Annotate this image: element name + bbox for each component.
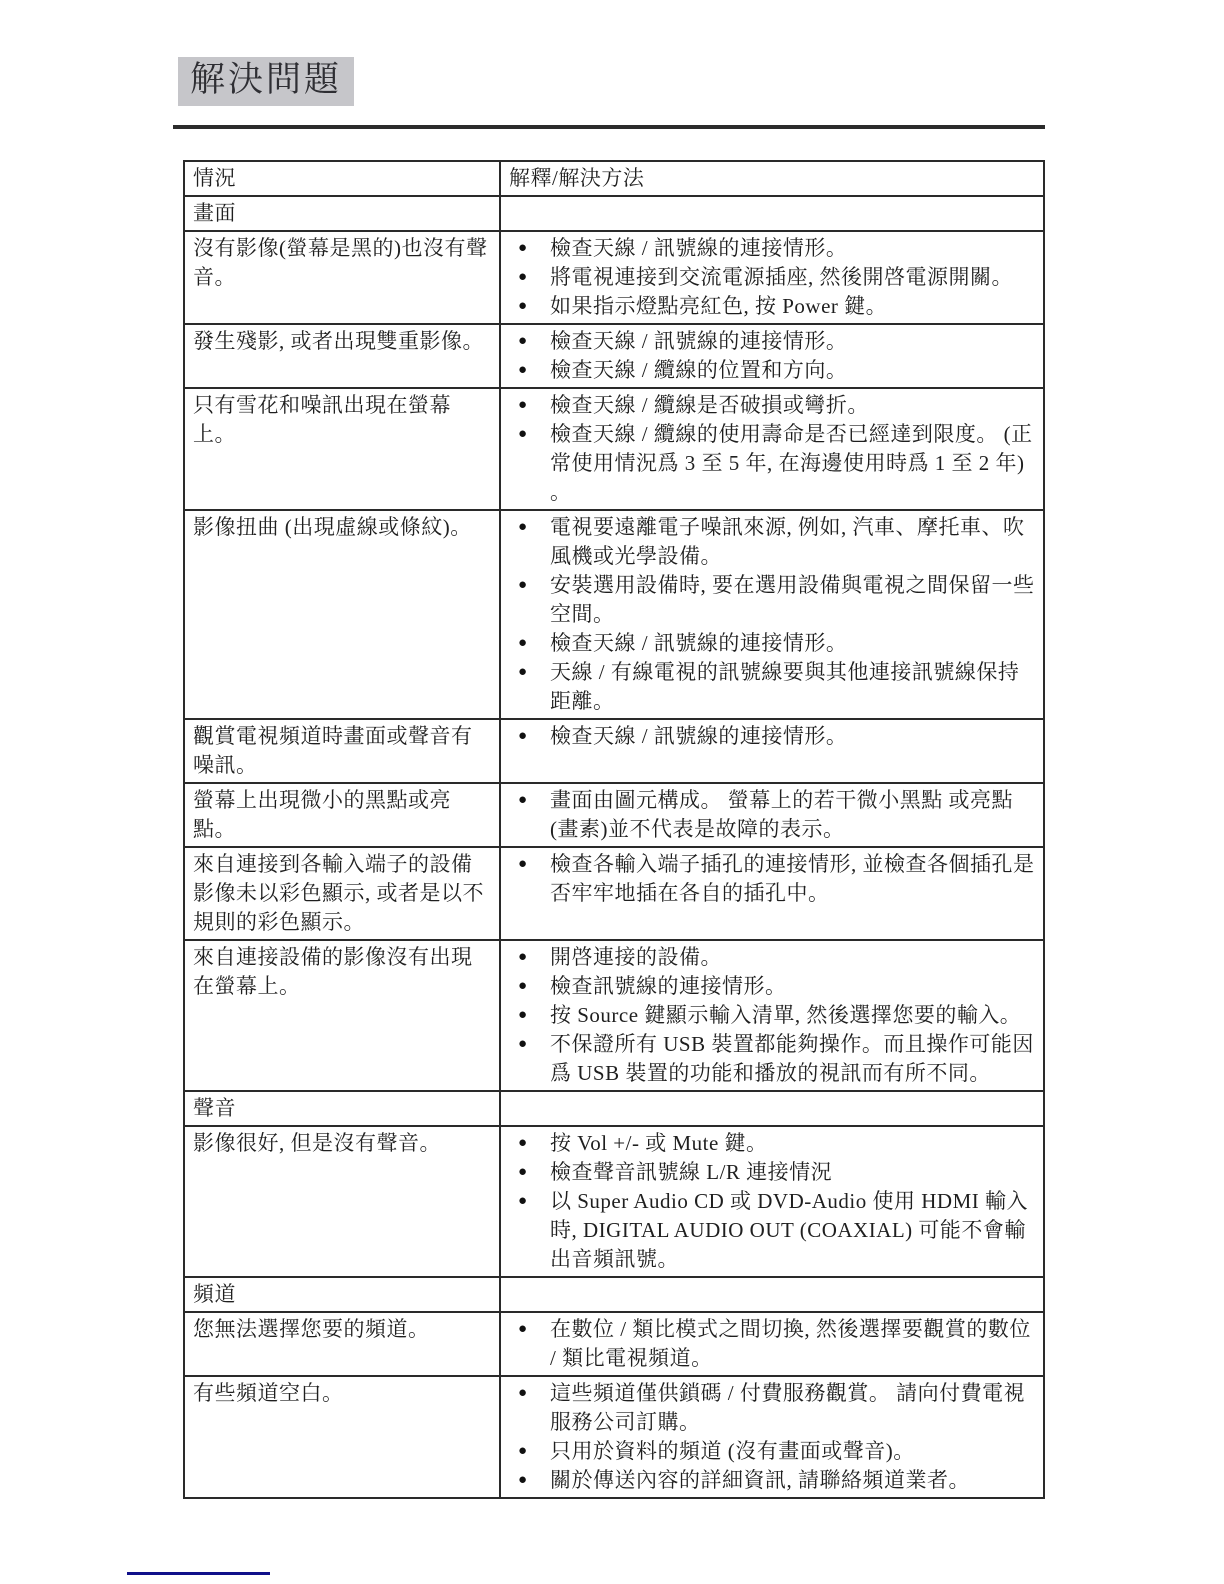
table-row: 觀賞電視頻道時畫面或聲音有噪訊。 ●檢查天線 / 訊號線的連接情形。 [184,719,1044,783]
solution-text: 只用於資料的頻道 (沒有畫面或聲音)。 [550,1437,1037,1466]
solution-text: 開啓連接的設備。 [550,943,1037,972]
table-row: 螢幕上出現微小的黑點或亮點。 ●畫面由圖元構成。 螢幕上的若干微小黑點 或亮點(… [184,783,1044,847]
bullet-item: ●檢查天線 / 纜線的使用壽命是否已經達到限度。 (正常使用情況爲 3 至 5 … [501,420,1037,507]
bullet-item: ●以 Super Audio CD 或 DVD-Audio 使用 HDMI 輸入… [501,1187,1037,1274]
situation-cell: 畫面 [184,196,500,231]
bullet-icon: ● [518,391,533,420]
solution-text: 天線 / 有線電視的訊號線要與其他連接訊號線保持距離。 [550,658,1037,716]
bullet-icon: ● [518,513,533,542]
bullet-item: ●將電視連接到交流電源插座, 然後開啓電源開關。 [501,263,1037,292]
bullet-item: ●檢查天線 / 纜線是否破損或彎折。 [501,391,1037,420]
solution-text: 在數位 / 類比模式之間切換, 然後選擇要觀賞的數位 / 類比電視頻道。 [550,1315,1037,1373]
situation-cell: 沒有影像(螢幕是黑的)也沒有聲音。 [184,231,500,324]
solutions-cell: ●檢查天線 / 訊號線的連接情形。●將電視連接到交流電源插座, 然後開啓電源開關… [500,231,1044,324]
bullet-icon: ● [518,1030,533,1059]
bullet-icon: ● [518,263,533,292]
table-row: 畫面 [184,196,1044,231]
bullet-item: ●這些頻道僅供鎖碼 / 付費服務觀賞。 請向付費電視服務公司訂購。 [501,1379,1037,1437]
bullet-icon: ● [518,1315,533,1344]
situation-cell: 螢幕上出現微小的黑點或亮點。 [184,783,500,847]
table-row: 發生殘影, 或者出現雙重影像。 ●檢查天線 / 訊號線的連接情形。●檢查天線 /… [184,324,1044,388]
situation-cell: 發生殘影, 或者出現雙重影像。 [184,324,500,388]
bullet-icon: ● [518,972,533,1001]
bullet-icon: ● [518,327,533,356]
bullet-item: ●檢查聲音訊號線 L/R 連接情況 [501,1158,1037,1187]
bullet-item: ●在數位 / 類比模式之間切換, 然後選擇要觀賞的數位 / 類比電視頻道。 [501,1315,1037,1373]
bullet-item: ●檢查天線 / 訊號線的連接情形。 [501,327,1037,356]
solutions-cell: ●在數位 / 類比模式之間切換, 然後選擇要觀賞的數位 / 類比電視頻道。 [500,1312,1044,1376]
table-row: 聲音 [184,1091,1044,1126]
table-row: 有些頻道空白。 ●這些頻道僅供鎖碼 / 付費服務觀賞。 請向付費電視服務公司訂購… [184,1376,1044,1498]
situation-cell: 頻道 [184,1277,500,1312]
bullet-icon: ● [518,1379,533,1408]
solutions-cell: ●開啓連接的設備。●檢查訊號線的連接情形。●按 Source 鍵顯示輸入清單, … [500,940,1044,1091]
manual-page: 解決問題 情況 解釋/解決方法 畫面 沒有影像(螢幕是黑的)也沒有聲音。 ●檢查… [0,0,1224,1584]
page-title: 解決問題 [178,57,354,106]
column-header-solution: 解釋/解決方法 [500,161,1044,196]
bullet-icon: ● [518,356,533,385]
bullet-icon: ● [518,1187,533,1216]
solution-text: 檢查天線 / 訊號線的連接情形。 [550,722,1037,751]
bullet-icon: ● [518,1129,533,1158]
solution-text: 按 Vol +/- 或 Mute 鍵。 [550,1129,1037,1158]
solutions-cell [500,1091,1044,1126]
table-row: 影像很好, 但是沒有聲音。 ●按 Vol +/- 或 Mute 鍵。●檢查聲音訊… [184,1126,1044,1277]
bullet-item: ●電視要遠離電子噪訊來源, 例如, 汽車、摩托車、吹風機或光學設備。 [501,513,1037,571]
situation-cell: 您無法選擇您要的頻道。 [184,1312,500,1376]
solution-text: 檢查聲音訊號線 L/R 連接情況 [550,1158,1037,1187]
bullet-item: ●關於傳送內容的詳細資訊, 請聯絡頻道業者。 [501,1466,1037,1495]
solution-text: 檢查天線 / 訊號線的連接情形。 [550,629,1037,658]
solution-text: 以 Super Audio CD 或 DVD-Audio 使用 HDMI 輸入時… [550,1187,1037,1274]
solution-text: 將電視連接到交流電源插座, 然後開啓電源開關。 [550,263,1037,292]
solutions-cell: ●檢查天線 / 訊號線的連接情形。●檢查天線 / 纜線的位置和方向。 [500,324,1044,388]
situation-cell: 聲音 [184,1091,500,1126]
bullet-item: ●檢查天線 / 纜線的位置和方向。 [501,356,1037,385]
bullet-item: ●不保證所有 USB 裝置都能夠操作。而且操作可能因爲 USB 裝置的功能和播放… [501,1030,1037,1088]
bullet-icon: ● [518,629,533,658]
solution-text: 檢查天線 / 纜線的使用壽命是否已經達到限度。 (正常使用情況爲 3 至 5 年… [550,420,1037,507]
bullet-icon: ● [518,420,533,449]
solutions-cell: ●檢查天線 / 訊號線的連接情形。 [500,719,1044,783]
table-row: 影像扭曲 (出現虛線或條紋)。 ●電視要遠離電子噪訊來源, 例如, 汽車、摩托車… [184,510,1044,719]
bullet-item: ●檢查天線 / 訊號線的連接情形。 [501,629,1037,658]
solution-text: 電視要遠離電子噪訊來源, 例如, 汽車、摩托車、吹風機或光學設備。 [550,513,1037,571]
bullet-icon: ● [518,1001,533,1030]
bullet-item: ●檢查各輸入端子插孔的連接情形, 並檢查各個插孔是否牢牢地插在各自的插孔中。 [501,850,1037,908]
bullet-item: ●天線 / 有線電視的訊號線要與其他連接訊號線保持距離。 [501,658,1037,716]
bullet-icon: ● [518,850,533,879]
solution-text: 檢查各輸入端子插孔的連接情形, 並檢查各個插孔是否牢牢地插在各自的插孔中。 [550,850,1037,908]
column-header-situation: 情況 [184,161,500,196]
solution-text: 安裝選用設備時, 要在選用設備與電視之間保留一些空間。 [550,571,1037,629]
bullet-icon: ● [518,292,533,321]
table-header-row: 情況 解釋/解決方法 [184,161,1044,196]
table-row: 您無法選擇您要的頻道。 ●在數位 / 類比模式之間切換, 然後選擇要觀賞的數位 … [184,1312,1044,1376]
bullet-icon: ● [518,234,533,263]
table-row: 來自連接到各輸入端子的設備影像未以彩色顯示, 或者是以不規則的彩色顯示。 ●檢查… [184,847,1044,940]
situation-cell: 觀賞電視頻道時畫面或聲音有噪訊。 [184,719,500,783]
solution-text: 按 Source 鍵顯示輸入清單, 然後選擇您要的輸入。 [550,1001,1037,1030]
table-row: 只有雪花和噪訊出現在螢幕上。 ●檢查天線 / 纜線是否破損或彎折。●檢查天線 /… [184,388,1044,510]
title-rule [173,125,1045,129]
solution-text: 檢查訊號線的連接情形。 [550,972,1037,1001]
footer-rule [127,1572,270,1575]
bullet-icon: ● [518,943,533,972]
bullet-icon: ● [518,1437,533,1466]
solution-text: 不保證所有 USB 裝置都能夠操作。而且操作可能因爲 USB 裝置的功能和播放的… [550,1030,1037,1088]
bullet-icon: ● [518,571,533,600]
bullet-icon: ● [518,786,533,815]
solution-text: 這些頻道僅供鎖碼 / 付費服務觀賞。 請向付費電視服務公司訂購。 [550,1379,1037,1437]
solution-text: 畫面由圖元構成。 螢幕上的若干微小黑點 或亮點(畫素)並不代表是故障的表示。 [550,786,1037,844]
situation-cell: 影像很好, 但是沒有聲音。 [184,1126,500,1277]
solutions-cell: ●檢查各輸入端子插孔的連接情形, 並檢查各個插孔是否牢牢地插在各自的插孔中。 [500,847,1044,940]
troubleshooting-table: 情況 解釋/解決方法 畫面 沒有影像(螢幕是黑的)也沒有聲音。 ●檢查天線 / … [183,160,1045,1499]
solutions-cell: ●按 Vol +/- 或 Mute 鍵。●檢查聲音訊號線 L/R 連接情況●以 … [500,1126,1044,1277]
solution-text: 如果指示燈點亮紅色, 按 Power 鍵。 [550,292,1037,321]
solution-text: 檢查天線 / 纜線的位置和方向。 [550,356,1037,385]
solutions-cell: ●這些頻道僅供鎖碼 / 付費服務觀賞。 請向付費電視服務公司訂購。●只用於資料的… [500,1376,1044,1498]
bullet-item: ●安裝選用設備時, 要在選用設備與電視之間保留一些空間。 [501,571,1037,629]
solution-text: 檢查天線 / 纜線是否破損或彎折。 [550,391,1037,420]
bullet-item: ●畫面由圖元構成。 螢幕上的若干微小黑點 或亮點(畫素)並不代表是故障的表示。 [501,786,1037,844]
table-row: 頻道 [184,1277,1044,1312]
bullet-item: ●按 Vol +/- 或 Mute 鍵。 [501,1129,1037,1158]
bullet-icon: ● [518,1466,533,1495]
table-row: 來自連接設備的影像沒有出現在螢幕上。 ●開啓連接的設備。●檢查訊號線的連接情形。… [184,940,1044,1091]
solution-text: 檢查天線 / 訊號線的連接情形。 [550,234,1037,263]
bullet-item: ●只用於資料的頻道 (沒有畫面或聲音)。 [501,1437,1037,1466]
bullet-item: ●開啓連接的設備。 [501,943,1037,972]
bullet-item: ●檢查天線 / 訊號線的連接情形。 [501,722,1037,751]
bullet-item: ●如果指示燈點亮紅色, 按 Power 鍵。 [501,292,1037,321]
situation-cell: 來自連接到各輸入端子的設備影像未以彩色顯示, 或者是以不規則的彩色顯示。 [184,847,500,940]
solution-text: 檢查天線 / 訊號線的連接情形。 [550,327,1037,356]
solutions-cell [500,196,1044,231]
situation-cell: 來自連接設備的影像沒有出現在螢幕上。 [184,940,500,1091]
bullet-icon: ● [518,1158,533,1187]
bullet-icon: ● [518,722,533,751]
table-row: 沒有影像(螢幕是黑的)也沒有聲音。 ●檢查天線 / 訊號線的連接情形。●將電視連… [184,231,1044,324]
bullet-item: ●按 Source 鍵顯示輸入清單, 然後選擇您要的輸入。 [501,1001,1037,1030]
bullet-icon: ● [518,658,533,687]
situation-cell: 影像扭曲 (出現虛線或條紋)。 [184,510,500,719]
solution-text: 關於傳送內容的詳細資訊, 請聯絡頻道業者。 [550,1466,1037,1495]
solutions-cell: ●檢查天線 / 纜線是否破損或彎折。●檢查天線 / 纜線的使用壽命是否已經達到限… [500,388,1044,510]
situation-cell: 只有雪花和噪訊出現在螢幕上。 [184,388,500,510]
bullet-item: ●檢查訊號線的連接情形。 [501,972,1037,1001]
solutions-cell: ●畫面由圖元構成。 螢幕上的若干微小黑點 或亮點(畫素)並不代表是故障的表示。 [500,783,1044,847]
solutions-cell: ●電視要遠離電子噪訊來源, 例如, 汽車、摩托車、吹風機或光學設備。●安裝選用設… [500,510,1044,719]
bullet-item: ●檢查天線 / 訊號線的連接情形。 [501,234,1037,263]
situation-cell: 有些頻道空白。 [184,1376,500,1498]
solutions-cell [500,1277,1044,1312]
